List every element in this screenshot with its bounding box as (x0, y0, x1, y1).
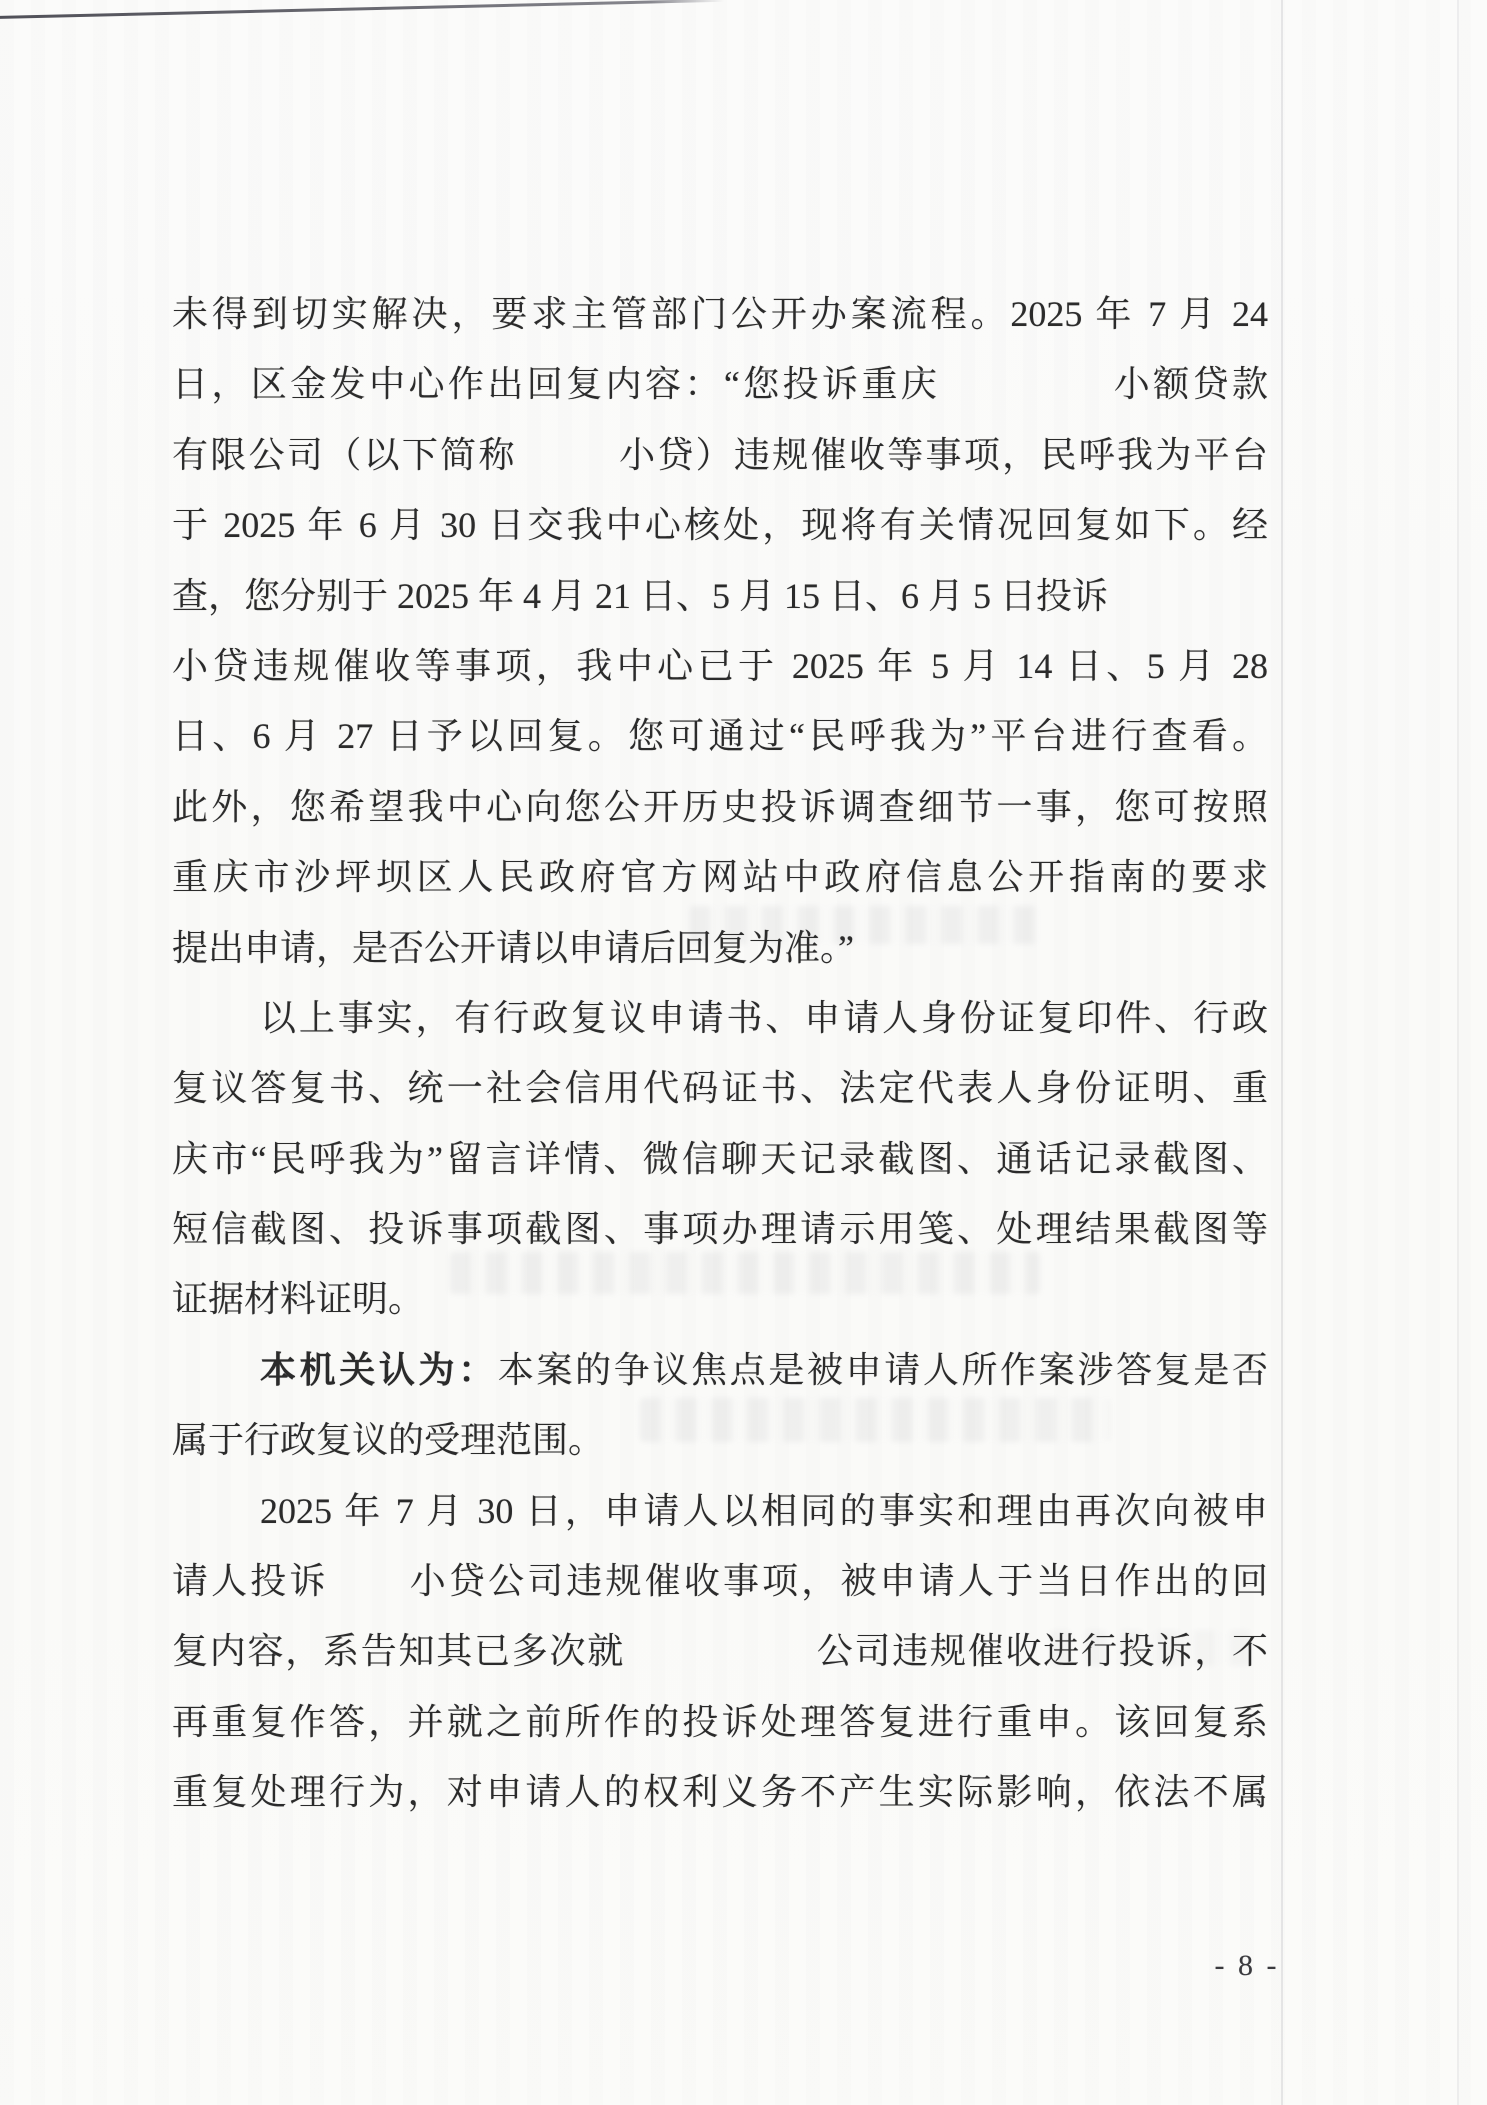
doc-line: 日，区金发中心作出回复内容：“您投诉重庆小额贷款 (172, 349, 1268, 419)
doc-line: 属于行政复议的受理范围。 (172, 1405, 1268, 1475)
doc-line: 小贷违规催收等事项，我中心已于 2025 年 5 月 14 日、5 月 28 (172, 631, 1268, 701)
doc-line: 此外，您希望我中心向您公开历史投诉调查细节一事，您可按照 (172, 772, 1268, 842)
scan-line-vertical (1281, 0, 1283, 2105)
doc-line: 重复处理行为，对申请人的权利义务不产生实际影响，依法不属 (172, 1757, 1268, 1827)
page-number: - 8 - (1192, 1949, 1302, 1983)
doc-line: 本机关认为：本案的争议焦点是被申请人所作案涉答复是否 (172, 1335, 1268, 1405)
doc-line: 重庆市沙坪坝区人民政府官方网站中政府信息公开指南的要求 (172, 842, 1268, 912)
doc-line: 复议答复书、统一社会信用代码证书、法定代表人身份证明、重 (172, 1053, 1268, 1123)
doc-line: 证据材料证明。 (172, 1264, 1268, 1334)
doc-line: 2025 年 7 月 30 日，申请人以相同的事实和理由再次向被申 (172, 1476, 1268, 1546)
doc-line: 庆市“民呼我为”留言详情、微信聊天记录截图、通话记录截图、 (172, 1124, 1268, 1194)
doc-line: 日、6 月 27 日予以回复。您可通过“民呼我为”平台进行查看。 (172, 701, 1268, 771)
scan-line-vertical (1457, 0, 1459, 2105)
doc-line: 于 2025 年 6 月 30 日交我中心核处，现将有关情况回复如下。经 (172, 490, 1268, 560)
doc-line: 有限公司（以下简称小贷）违规催收等事项，民呼我为平台 (172, 420, 1268, 490)
doc-line: 提出申请，是否公开请以申请后回复为准。” (172, 913, 1268, 983)
document-body: 未得到切实解决，要求主管部门公开办案流程。2025 年 7 月 24 日，区金发… (172, 279, 1268, 1828)
doc-line: 再重复作答，并就之前所作的投诉处理答复进行重申。该回复系 (172, 1687, 1268, 1757)
doc-line: 未得到切实解决，要求主管部门公开办案流程。2025 年 7 月 24 (172, 279, 1268, 349)
doc-line: 查，您分别于 2025 年 4 月 21 日、5 月 15 日、6 月 5 日投… (172, 561, 1268, 631)
doc-line: 请人投诉小贷公司违规催收事项，被申请人于当日作出的回 (172, 1546, 1268, 1616)
doc-line: 以上事实，有行政复议申请书、申请人身份证复印件、行政 (172, 983, 1268, 1053)
bold-lead: 本机关认为： (260, 1349, 498, 1390)
doc-line: 复内容，系告知其已多次就公司违规催收进行投诉，不 (172, 1616, 1268, 1686)
doc-line: 短信截图、投诉事项截图、事项办理请示用笺、处理结果截图等 (172, 1194, 1268, 1264)
